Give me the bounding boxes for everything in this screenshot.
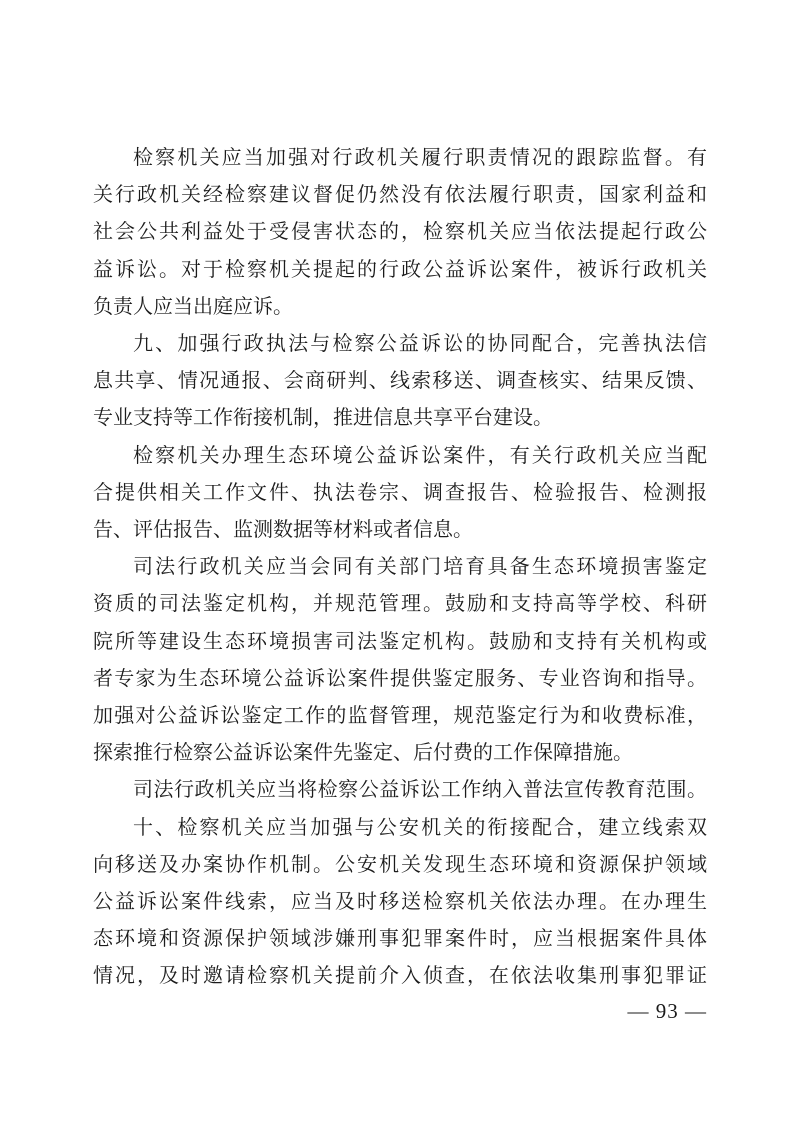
paragraph: 检察机关应当加强对行政机关履行职责情况的跟踪监督。有 关行政机关经检察建议督促仍…: [93, 140, 707, 326]
page-footer: — 93 —: [93, 1000, 713, 1022]
body-text-line: 告、评估报告、监测数据等材料或者信息。: [93, 512, 707, 549]
body-text-line: 检察机关办理生态环境公益诉讼案件，有关行政机关应当配: [93, 438, 707, 475]
body-text-line: 态环境和资源保护领域涉嫌刑事犯罪案件时，应当根据案件具体: [93, 921, 707, 958]
body-text-line: 院所等建设生态环境损害司法鉴定机构。鼓励和支持有关机构或: [93, 624, 707, 661]
body-text: 检察机关应当加强对行政机关履行职责情况的跟踪监督。有 关行政机关经检察建议督促仍…: [93, 140, 707, 996]
document-page: 检察机关应当加强对行政机关履行职责情况的跟踪监督。有 关行政机关经检察建议督促仍…: [0, 0, 793, 1122]
body-text-line: 社会公共利益处于受侵害状态的，检察机关应当依法提起行政公: [93, 214, 707, 251]
paragraph: 检察机关办理生态环境公益诉讼案件，有关行政机关应当配 合提供相关工作文件、执法卷…: [93, 438, 707, 550]
body-text-line: 专业支持等工作衔接机制，推进信息共享平台建设。: [93, 400, 707, 437]
body-text-line: 加强对公益诉讼鉴定工作的监督管理，规范鉴定行为和收费标准，: [93, 698, 707, 735]
body-text-line: 向移送及办案协作机制。公安机关发现生态环境和资源保护领域: [93, 847, 707, 884]
paragraph: 九、加强行政执法与检察公益诉讼的协同配合，完善执法信 息共享、情况通报、会商研判…: [93, 326, 707, 438]
body-text-line: 公益诉讼案件线索，应当及时移送检察机关依法办理。在办理生: [93, 884, 707, 921]
paragraph: 司法行政机关应当将检察公益诉讼工作纳入普法宣传教育范围。: [93, 772, 707, 809]
body-text-line: 十、检察机关应当加强与公安机关的衔接配合，建立线索双: [93, 810, 707, 847]
body-text-line: 司法行政机关应当会同有关部门培育具备生态环境损害鉴定: [93, 549, 707, 586]
body-text-line: 司法行政机关应当将检察公益诉讼工作纳入普法宣传教育范围。: [93, 772, 707, 809]
paragraph: 十、检察机关应当加强与公安机关的衔接配合，建立线索双 向移送及办案协作机制。公安…: [93, 810, 707, 996]
paragraph: 司法行政机关应当会同有关部门培育具备生态环境损害鉴定 资质的司法鉴定机构，并规范…: [93, 549, 707, 772]
body-text-line: 者专家为生态环境公益诉讼案件提供鉴定服务、专业咨询和指导。: [93, 661, 707, 698]
body-text-line: 九、加强行政执法与检察公益诉讼的协同配合，完善执法信: [93, 326, 707, 363]
page-number: — 93 —: [628, 999, 708, 1023]
body-text-line: 息共享、情况通报、会商研判、线索移送、调查核实、结果反馈、: [93, 363, 707, 400]
body-text-line: 资质的司法鉴定机构，并规范管理。鼓励和支持高等学校、科研: [93, 586, 707, 623]
body-text-line: 关行政机关经检察建议督促仍然没有依法履行职责，国家利益和: [93, 177, 707, 214]
body-text-line: 益诉讼。对于检察机关提起的行政公益诉讼案件，被诉行政机关: [93, 252, 707, 289]
body-text-line: 检察机关应当加强对行政机关履行职责情况的跟踪监督。有: [93, 140, 707, 177]
body-text-line: 合提供相关工作文件、执法卷宗、调查报告、检验报告、检测报: [93, 475, 707, 512]
body-text-line: 负责人应当出庭应诉。: [93, 289, 707, 326]
body-text-line: 情况，及时邀请检察机关提前介入侦查，在依法收集刑事犯罪证: [93, 958, 707, 995]
body-text-line: 探索推行检察公益诉讼案件先鉴定、后付费的工作保障措施。: [93, 735, 707, 772]
